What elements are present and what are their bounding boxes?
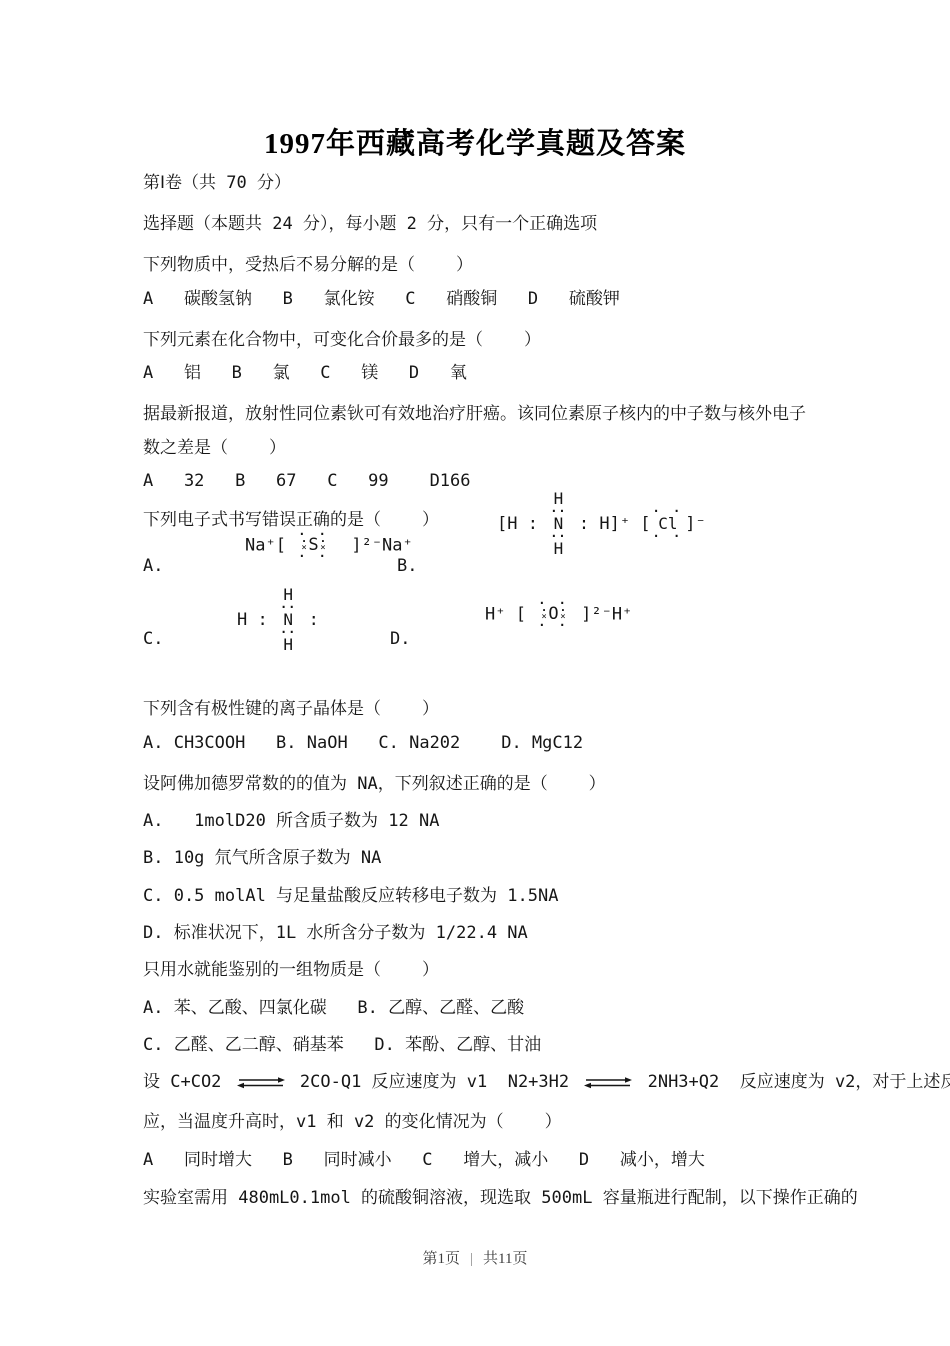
q7-stem: 只用水就能鉴别的一组物质是（ ） bbox=[143, 959, 439, 981]
exam-document-page: 1997年西藏高考化学真题及答案 第Ⅰ卷（共 70 分） 选择题（本题共 24 … bbox=[0, 0, 950, 1346]
q3-options: A 32 B 67 C 99 D166 bbox=[143, 470, 471, 492]
q2-options: A 铝 B 氯 C 镁 D 氧 bbox=[143, 362, 467, 384]
electron-formula-oxide: H⁺ [ · ··×O·×· · ]²⁻H⁺ bbox=[485, 600, 632, 629]
page-footer: 第1页|共11页 bbox=[0, 1247, 950, 1268]
q2-stem: 下列元素在化合物中，可变化合价最多的是（ ） bbox=[143, 329, 541, 351]
q8-stem-line2: 应，当温度升高时，v1 和 v2 的变化情况为（ ） bbox=[143, 1111, 562, 1133]
formula-trail: ]²⁻Na⁺ bbox=[331, 536, 413, 556]
q4-option-b-label: B. bbox=[397, 555, 417, 577]
hydrogen-bottom: H bbox=[283, 636, 293, 654]
q6-option-d: D. 标准状况下，1L 水所含分子数为 1/22.4 NA bbox=[143, 922, 528, 944]
q6-option-b: B. 10g 氘气所含原子数为 NA bbox=[143, 847, 381, 869]
q7-options-ab: A. 苯、乙酸、四氯化碳 B. 乙醇、乙醛、乙酸 bbox=[143, 997, 524, 1019]
q3-stem-line1: 据最新报道，放射性同位素钬可有效地治疗肝癌。该同位素原子核内的中子数与核外电子 bbox=[143, 403, 806, 425]
electron-formula-ammonia: H : H··N··H : bbox=[237, 586, 319, 654]
instructions: 选择题（本题共 24 分），每小题 2 分，只有一个正确选项 bbox=[143, 213, 597, 235]
q6-option-c: C. 0.5 molAl 与足量盐酸反应转移电子数为 1.5NA bbox=[143, 885, 558, 907]
q5-stem: 下列含有极性键的离子晶体是（ ） bbox=[143, 698, 439, 720]
q8-segment-1: 设 C+CO2 bbox=[143, 1071, 232, 1093]
current-page-label: 第1页 bbox=[423, 1251, 461, 1267]
q6-option-a: A. 1molD20 所含质子数为 12 NA bbox=[143, 810, 439, 832]
q4-option-a-label: A. bbox=[143, 555, 163, 577]
equilibrium-arrow-icon bbox=[237, 1076, 285, 1089]
q9-stem: 实验室需用 480mL0.1mol 的硫酸铜溶液，现选取 500mL 容量瓶进行… bbox=[143, 1187, 858, 1209]
formula-trail: : bbox=[298, 610, 318, 630]
formula-lead: H : bbox=[237, 610, 278, 630]
equilibrium-arrow-icon bbox=[584, 1076, 632, 1089]
nitrogen-electron-stack: H··N··H bbox=[550, 490, 566, 558]
electron-formula-ammonium-chloride: [H : H··N··H : H]⁺ [· ·Cl· ·]⁻ bbox=[497, 490, 706, 558]
hydrogen-bottom: H bbox=[554, 540, 564, 558]
formula-trail: ]²⁻H⁺ bbox=[571, 605, 632, 625]
formula-lead: [H : bbox=[497, 514, 548, 534]
q4-option-d-label: D. bbox=[390, 628, 410, 650]
chlorine-electron-stack: · ·Cl· · bbox=[653, 508, 684, 540]
anion-trail: ]⁻ bbox=[685, 514, 705, 534]
q6-stem: 设阿佛加德罗常数的的值为 NA，下列叙述正确的是（ ） bbox=[143, 773, 606, 795]
sulfur-electron-stack: · ··×S·×· · bbox=[298, 531, 329, 560]
electron-dots-bottom: · · bbox=[298, 553, 329, 560]
q4-stem: 下列电子式书写错误正确的是（ ） bbox=[143, 509, 439, 531]
page-title: 1997年西藏高考化学真题及答案 bbox=[0, 121, 950, 162]
anion-lead: [ bbox=[640, 514, 650, 534]
q1-options: A 碳酸氢钠 B 氯化铵 C 硝酸铜 D 硫酸钾 bbox=[143, 288, 620, 310]
nitrogen-electron-stack: H··N··H bbox=[280, 586, 296, 654]
oxygen-electron-stack: · ··×O·×· · bbox=[538, 600, 569, 629]
q8-segment-2: 2CO-Q1 反应速度为 v1 N2+3H2 bbox=[290, 1071, 580, 1093]
q8-options: A 同时增大 B 同时减小 C 增大，减小 D 减小，增大 bbox=[143, 1149, 705, 1171]
electron-formula-sulfide: Na⁺[ · ··×S·×· · ]²⁻Na⁺ bbox=[245, 531, 413, 560]
electron-dots-bottom: · · bbox=[653, 533, 684, 540]
q4-option-c-label: C. bbox=[143, 628, 163, 650]
q3-stem-line2: 数之差是（ ） bbox=[143, 437, 286, 459]
footer-separator: | bbox=[470, 1251, 473, 1267]
formula-lead: Na⁺[ bbox=[245, 536, 296, 556]
section-heading: 第Ⅰ卷（共 70 分） bbox=[143, 172, 291, 194]
electron-dots-bottom: · · bbox=[538, 622, 569, 629]
formula-mid: : H]⁺ bbox=[569, 514, 641, 534]
total-pages-label: 共11页 bbox=[483, 1251, 527, 1267]
q8-segment-3: 2NH3+Q2 反应速度为 v2，对于上述反 bbox=[637, 1071, 950, 1093]
q1-stem: 下列物质中，受热后不易分解的是（ ） bbox=[143, 254, 473, 276]
q5-options: A. CH3COOH B. NaOH C. Na202 D. MgC12 bbox=[143, 732, 583, 754]
q8-stem-line1: 设 C+CO2 2CO-Q1 反应速度为 v1 N2+3H2 2NH3+Q2 反… bbox=[143, 1071, 950, 1093]
q7-options-cd: C. 乙醛、乙二醇、硝基苯 D. 苯酚、乙醇、甘油 bbox=[143, 1034, 541, 1056]
formula-lead: H⁺ [ bbox=[485, 605, 536, 625]
